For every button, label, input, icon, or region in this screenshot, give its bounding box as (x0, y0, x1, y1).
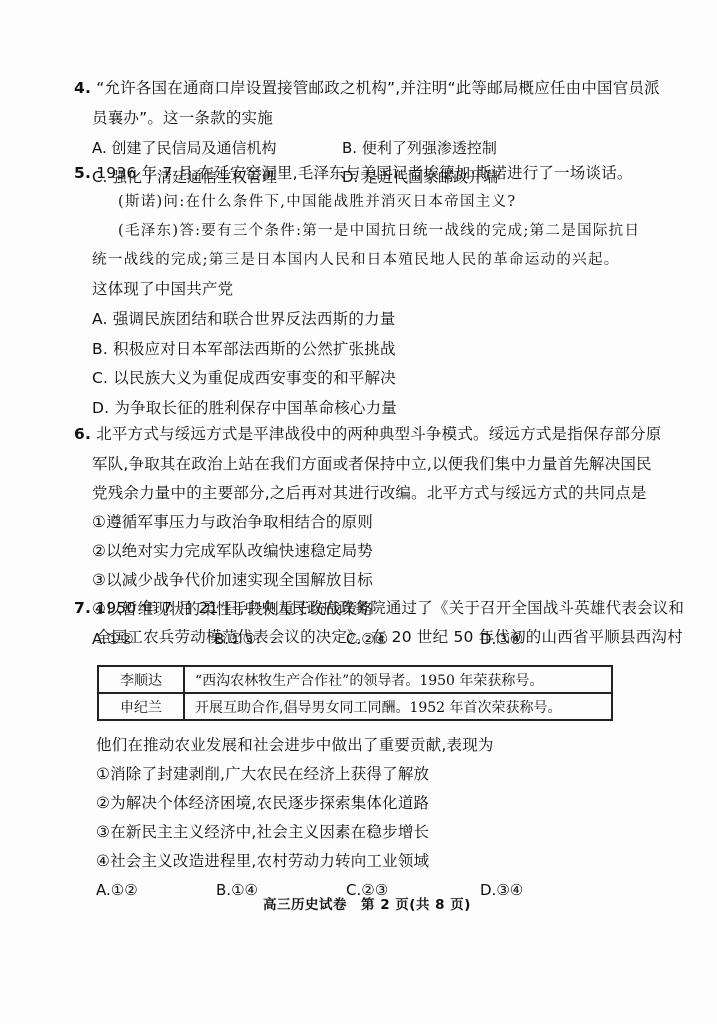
q5-prompt: 这体现了中国共产党 (92, 279, 233, 299)
q5-option-a: A. 强调民族团结和联合世界反法西斯的力量 (92, 309, 395, 329)
q6-number: 6. (74, 425, 91, 443)
q7-option-a: A.①② (96, 880, 138, 900)
q5-option-b: B. 积极应对日本军部法西斯的公然扩张挑战 (92, 339, 396, 359)
q5-stem: 5. 1936 年 7 月,在延安窑洞里,毛泽东与美国记者埃德加·斯诺进行了一场… (74, 163, 633, 183)
table-cell-name: 申纪兰 (98, 693, 184, 720)
q7-statement-3: ③在新民主主义经济中,社会主义因素在稳步增长 (96, 822, 429, 842)
q7-stem-line-1: 7. 1950 年 7 月 21 日,中央人民政府政务院通过了《关于召开全国战斗… (74, 598, 684, 618)
table-cell-desc: “西沟农林牧生产合作社”的领导者。1950 年荣获称号。 (184, 666, 612, 693)
q7-number: 7. (74, 599, 91, 617)
table-row: 李顺达 “西沟农林牧生产合作社”的领导者。1950 年荣获称号。 (98, 666, 612, 693)
page-footer: 高三历史试卷 第 2 页(共 8 页) (263, 893, 471, 913)
q6-stem-line-3: 党残余力量中的主要部分,之后再对其进行改编。北平方式与绥远方式的共同点是 (92, 483, 647, 503)
q5-quote-line-3: 统一战线的完成;第三是日本国内人民和日本殖民地人民的革命运动的兴起。 (92, 250, 620, 270)
q4-stem-line-2: 员襄办”。这一条款的实施 (92, 108, 273, 128)
q4-option-a: A. 创建了民信局及通信机构 (92, 138, 277, 158)
q6-stem-line-2: 军队,争取其在政治上站在我们方面或者保持中立,以便我们集中力量首先解决国民 (92, 454, 652, 474)
q4-stem-line-1: 4. “允许各国在通商口岸设置接管邮政之机构”,并注明“此等邮局概应任由中国官员… (74, 78, 660, 98)
q7-stem-line-2: 全国工农兵劳动模范代表会议的决定》。在 20 世纪 50 年代初的山西省平顺县西… (96, 627, 683, 647)
q7-statement-2: ②为解决个体经济困境,农民逐步探索集体化道路 (96, 793, 429, 813)
q5-quote-line-2: (毛泽东)答:要有三个条件:第一是中国抗日统一战线的完成;第二是国际抗日 (118, 221, 640, 241)
q5-quote-line-1: (斯诺)问:在什么条件下,中国能战胜并消灭日本帝国主义? (118, 192, 516, 212)
q5-option-c: C. 以民族大义为重促成西安事变的和平解决 (92, 368, 396, 388)
q4-option-b: B. 便利了列强渗透控制 (342, 138, 497, 158)
q7-option-b: B.①④ (216, 880, 258, 900)
q7-prompt: 他们在推动农业发展和社会进步中做出了重要贡献,表现为 (96, 735, 494, 755)
q7-statement-1: ①消除了封建剥削,广大农民在经济上获得了解放 (96, 764, 429, 784)
labor-models-table: 李顺达 “西沟农林牧生产合作社”的领导者。1950 年荣获称号。 申纪兰 开展互… (97, 665, 613, 721)
q5-number: 5. (74, 164, 91, 182)
q6-statement-1: ①遵循军事压力与政治争取相结合的原则 (92, 512, 373, 532)
table-cell-name: 李顺达 (98, 666, 184, 693)
table-cell-desc: 开展互助合作,倡导男女同工同酬。1952 年首次荣获称号。 (184, 693, 612, 720)
q5-option-d: D. 为争取长征的胜利保存中国革命核心力量 (92, 398, 397, 418)
q6-statement-3: ③以减少战争代价加速实现全国解放目标 (92, 570, 373, 590)
q4-number: 4. (74, 79, 91, 97)
q7-option-d: D.③④ (480, 880, 523, 900)
q7-statement-4: ④社会主义改造进程里,农村劳动力转向工业领域 (96, 851, 429, 871)
q6-stem-line-1: 6. 北平方式与绥远方式是平津战役中的两种典型斗争模式。绥远方式是指保存部分原 (74, 424, 661, 444)
table-row: 申纪兰 开展互助合作,倡导男女同工同酬。1952 年首次荣获称号。 (98, 693, 612, 720)
q6-statement-2: ②以绝对实力完成军队改编快速稳定局势 (92, 541, 373, 561)
